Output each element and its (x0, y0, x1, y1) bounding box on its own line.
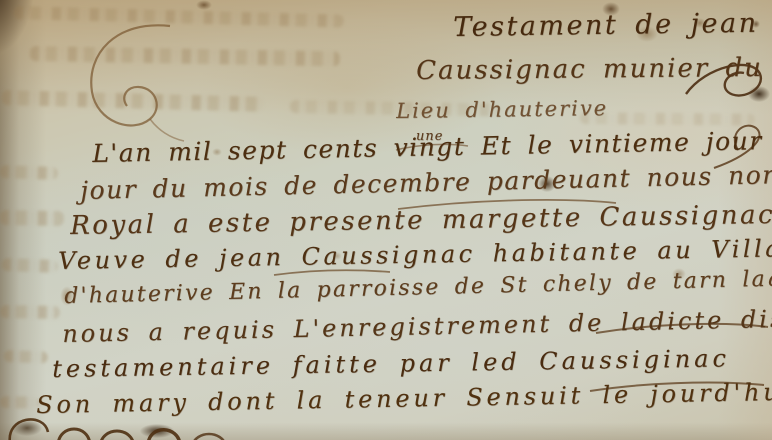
body-line-2: jour du mois de decembre pardeuant nous … (80, 160, 772, 205)
clipped-bottom-letter (192, 434, 226, 440)
bleedthrough-margin-mark (0, 305, 60, 319)
paraph-flourish (91, 25, 170, 125)
bleedthrough-margin-mark (4, 350, 48, 364)
ink-blot (748, 86, 770, 102)
foxing-spot (196, 0, 212, 10)
underline-stroke (274, 270, 390, 275)
heading-line-2: Caussignac munier du (416, 53, 763, 86)
bleedthrough-line (30, 46, 340, 66)
ink-blot (140, 424, 174, 438)
ink-blot (12, 420, 42, 436)
body-line-1: L'an mil sept cents vingt Et le vintieme… (92, 126, 763, 168)
bleedthrough-margin-mark (0, 165, 58, 180)
body-line-8: Son mary dont la teneur Sensuit le jourd… (36, 378, 772, 419)
heading-line-3: Lieu d'hauterive (396, 96, 608, 123)
bleedthrough-margin-mark (0, 396, 40, 409)
body-line-6: nous a requis L'enregistrement de ladict… (62, 304, 772, 348)
bleedthrough-line (2, 90, 264, 112)
clipped-bottom-letter (58, 429, 90, 440)
body-line-7: testamentaire faitte par led Caussiginac (52, 344, 730, 383)
bleedthrough-margin-mark (0, 210, 64, 226)
bleedthrough-margin-mark (2, 258, 58, 273)
body-line-3: Royal a este presente margette Caussigna… (70, 200, 772, 241)
bleedthrough-line (14, 6, 344, 28)
manuscript-page: Testament de jean Caussignac munier du L… (0, 0, 772, 440)
heading-line-1: Testament de jean (453, 8, 759, 43)
clipped-bottom-letter (100, 431, 134, 440)
